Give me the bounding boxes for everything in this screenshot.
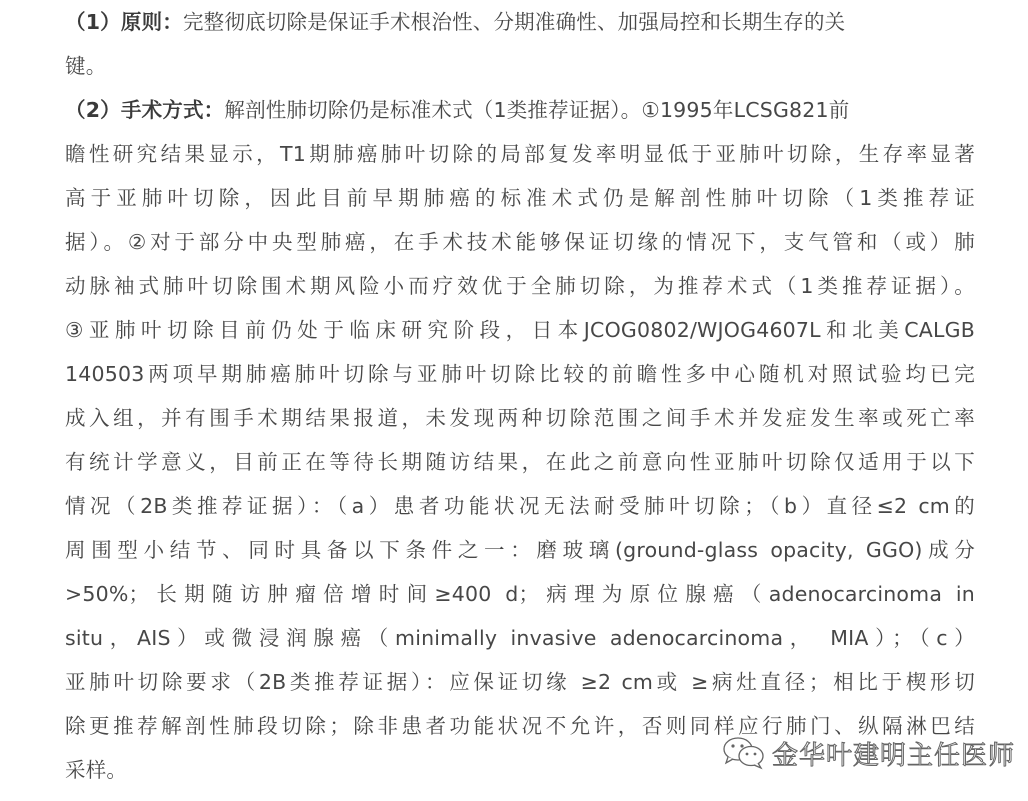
section-2-line-1: （2）手术方式：解剖性肺切除仍是标准术式（1类推荐证据）。①1995年LCSG8… <box>65 88 975 132</box>
section-1-line-1: （1）原则：完整彻底切除是保证手术根治性、分期准确性、加强局控和长期生存的关 <box>65 0 975 44</box>
section-2-text: 解剖性肺切除仍是标准术式（1类推荐证据）。①1995年LCSG821前 <box>224 98 849 122</box>
paragraph-line: >50%；长期随访肿瘤倍增时间≥400 d；病理为原位腺癌（adenocarci… <box>65 572 975 616</box>
paragraph-line: 亚肺叶切除要求（2B类推荐证据）：应保证切缘 ≥2 cm或 ≥病灶直径；相比于楔… <box>65 660 975 704</box>
section-1-line-2: 键。 <box>65 44 975 88</box>
paragraph-line: 瞻性研究结果显示，T1期肺癌肺叶切除的局部复发率明显低于亚肺叶切除，生存率显著 <box>65 132 975 176</box>
document-body: （1）原则：完整彻底切除是保证手术根治性、分期准确性、加强局控和长期生存的关 键… <box>65 0 975 792</box>
paragraph-line: 140503两项早期肺癌肺叶切除与亚肺叶切除比较的前瞻性多中心随机对照试验均已完 <box>65 352 975 396</box>
paragraph-line: ③亚肺叶切除目前仍处于临床研究阶段，日本JCOG0802/WJOG4607L和北… <box>65 308 975 352</box>
paragraph-line: 情况（2B类推荐证据）：（a）患者功能状况无法耐受肺叶切除；（b）直径≤2 cm… <box>65 484 975 528</box>
watermark-text: 金华叶建明主任医师 <box>772 735 1015 772</box>
section-1-heading: （1）原则： <box>65 10 183 34</box>
paragraph-line: situ，AIS）或微浸润腺癌（minimally invasive adeno… <box>65 616 975 660</box>
paragraph-line: 动脉袖式肺叶切除围术期风险小而疗效优于全肺切除，为推荐术式（1类推荐证据）。 <box>65 264 975 308</box>
wechat-icon <box>722 735 766 771</box>
paragraph-line: 成入组，并有围手术期结果报道，未发现两种切除范围之间手术并发症发生率或死亡率 <box>65 396 975 440</box>
watermark: 金华叶建明主任医师 <box>722 733 1015 773</box>
paragraph-line: 周围型小结节、同时具备以下条件之一：磨玻璃(ground-glass opaci… <box>65 528 975 572</box>
section-1-text: 完整彻底切除是保证手术根治性、分期准确性、加强局控和长期生存的关 <box>183 10 845 34</box>
paragraph-line: 据）。②对于部分中央型肺癌，在手术技术能够保证切缘的情况下，支气管和（或）肺 <box>65 220 975 264</box>
section-2-heading: （2）手术方式： <box>65 98 224 122</box>
paragraph-line: 有统计学意义，目前正在等待长期随访结果，在此之前意向性亚肺叶切除仅适用于以下 <box>65 440 975 484</box>
paragraph-line: 高于亚肺叶切除，因此目前早期肺癌的标准术式仍是解剖性肺叶切除（1类推荐证 <box>65 176 975 220</box>
